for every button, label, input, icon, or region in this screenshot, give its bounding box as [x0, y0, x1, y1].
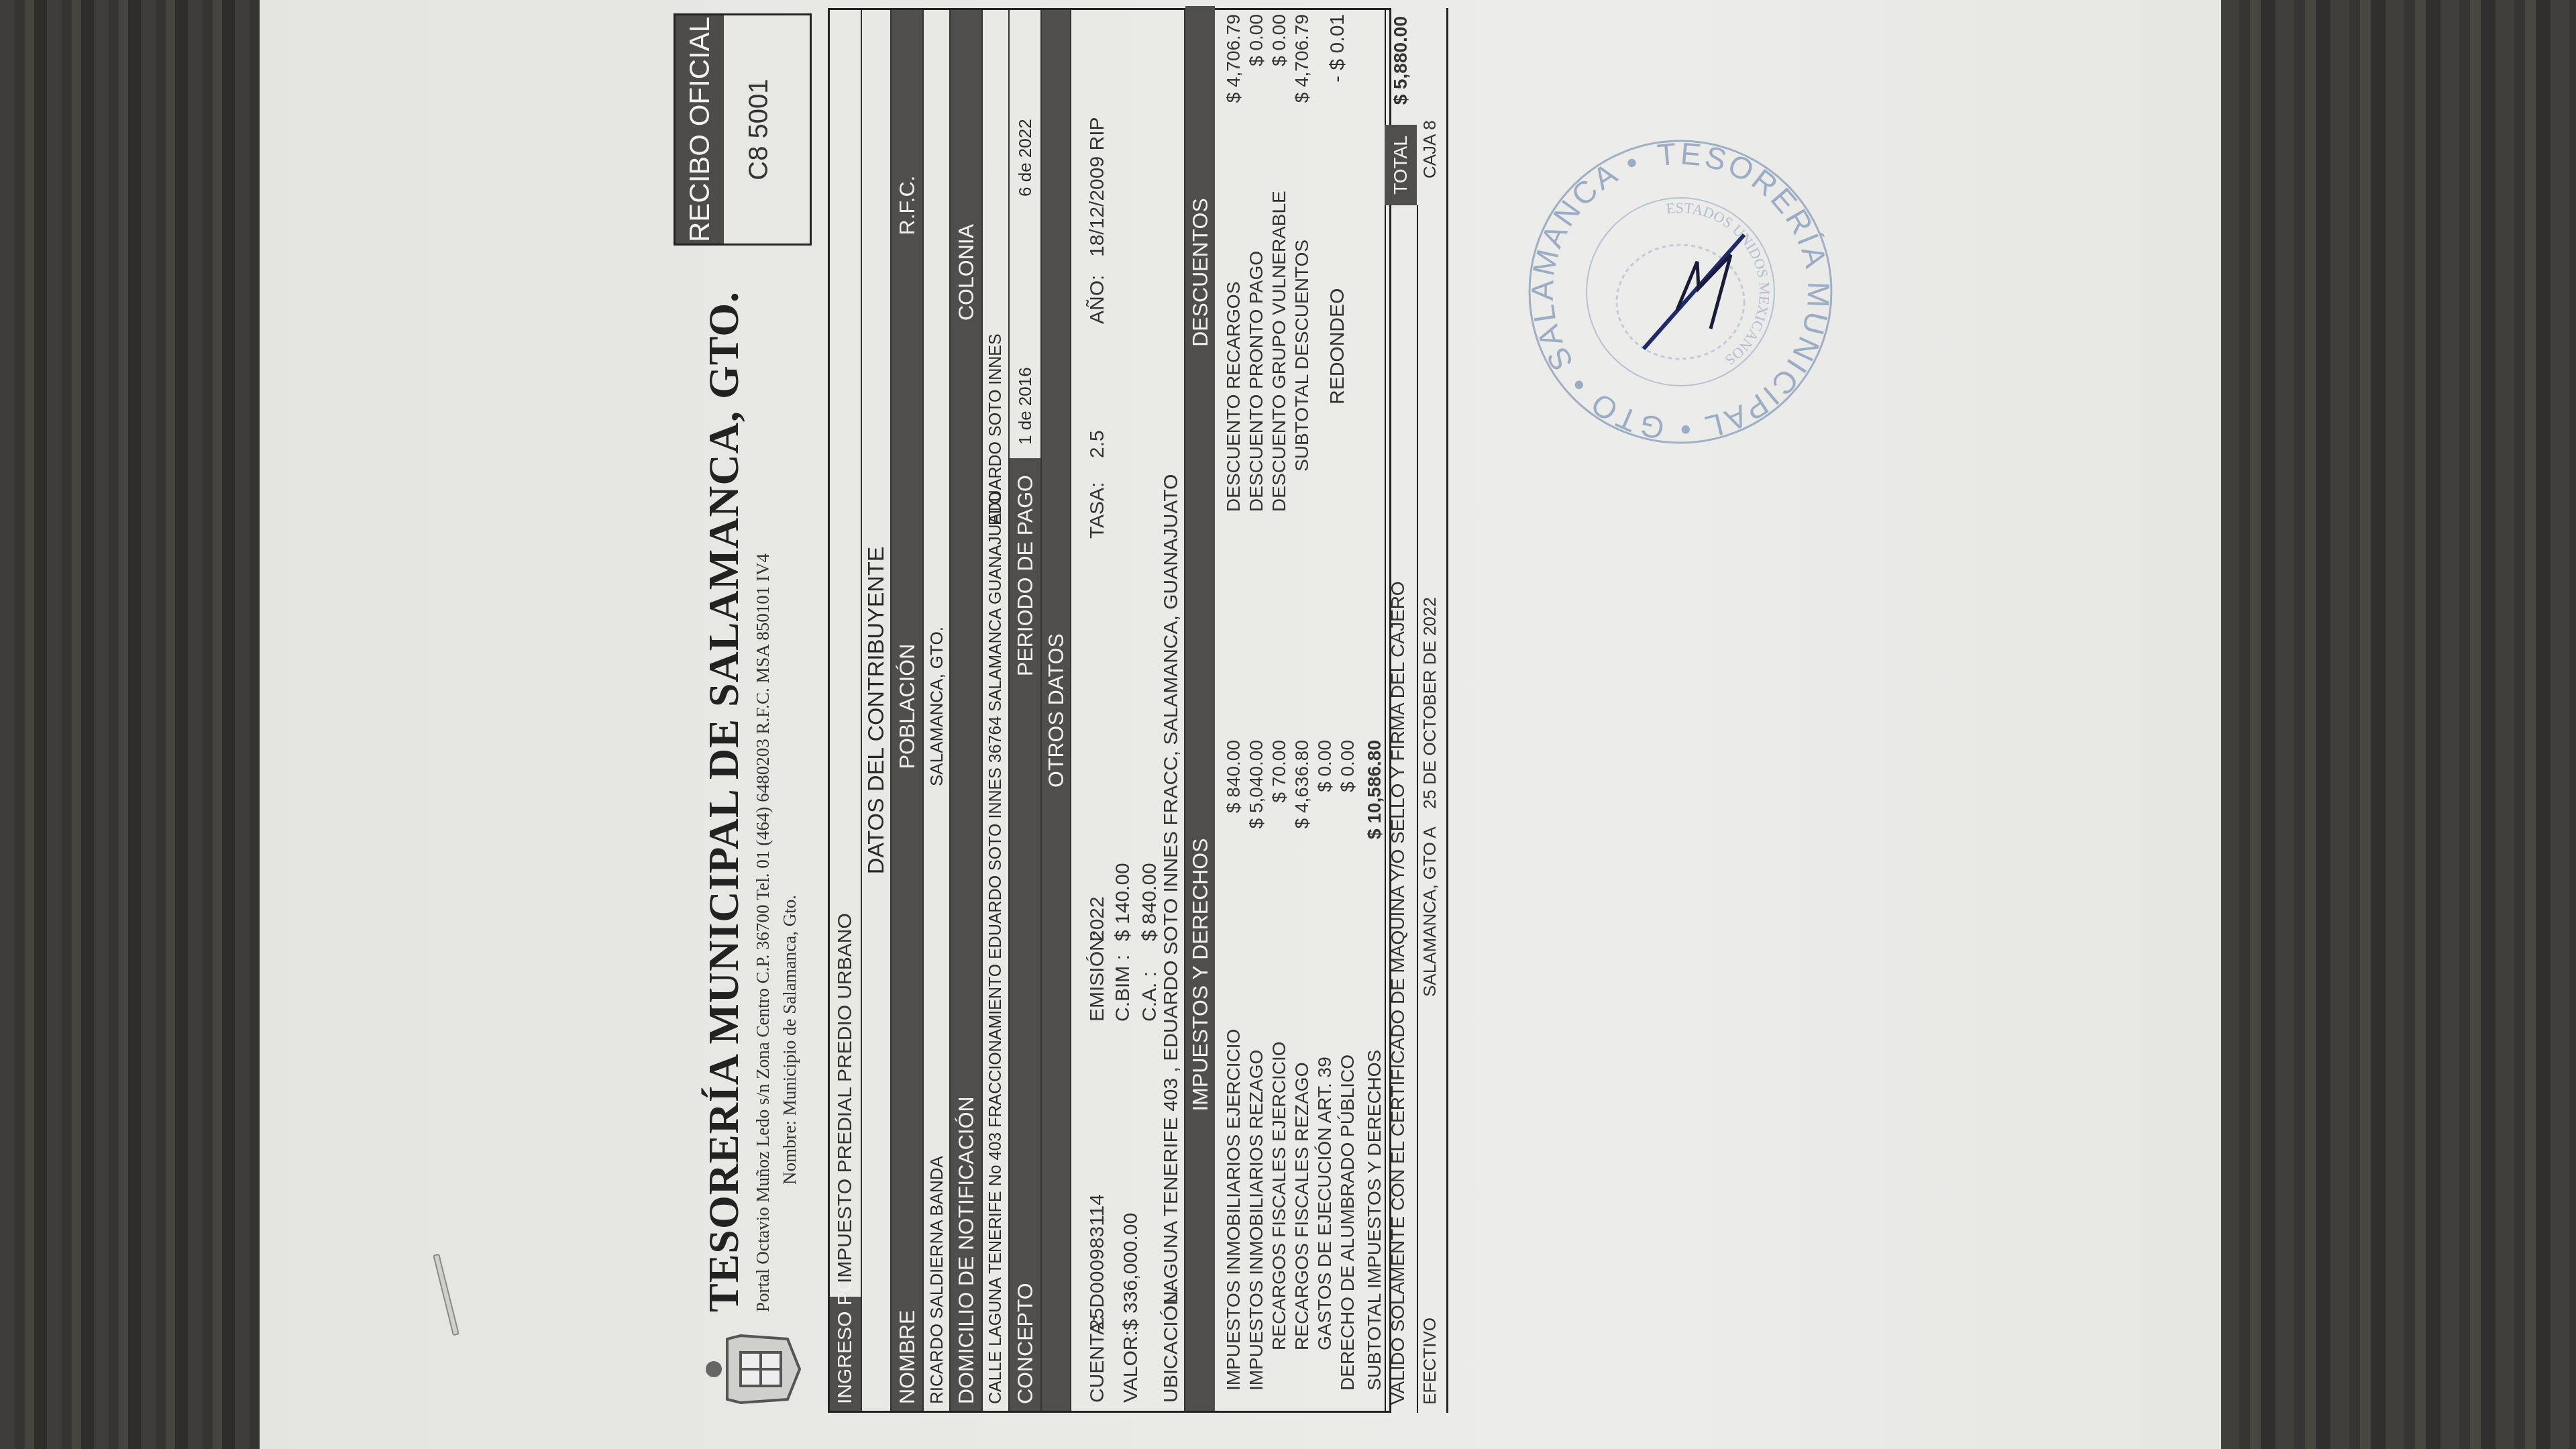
wood-background-right	[2220, 0, 2576, 1449]
anio-label: AÑO:	[1086, 275, 1109, 324]
caja: CAJA 8	[1419, 120, 1440, 178]
payment-method: EFECTIVO	[1419, 1318, 1440, 1405]
otros-datos-section: CUENTA: 25D000983114 EMISIÓN: 2022 TASA:…	[1071, 10, 1185, 1411]
descuento-amount: $ 4,706.79	[1291, 14, 1313, 103]
descuento-label: SUBTOTAL DESCUENTOS	[1291, 239, 1313, 472]
domicilio-value: CALLE LAGUNA TENERIFE No 403 FRACCIONAMI…	[983, 532, 1008, 1411]
impuesto-label: DERECHO DE ALUMBRADO PÚBLICO	[1337, 1055, 1358, 1391]
otros-datos-title: OTROS DATOS	[1042, 10, 1070, 1411]
signature-stroke	[1644, 235, 1744, 349]
impuesto-label: IMPUESTOS INMOBILIARIOS REZAGO	[1246, 1050, 1267, 1391]
place: SALAMANCA, GTO A	[1419, 826, 1440, 997]
treasury-address: Portal Octavio Muñoz Ledo s/n Zona Centr…	[753, 553, 773, 1312]
receipt-footer: VALIDO SOLAMENTE CON EL CERTIFICADO DE M…	[1385, 8, 1465, 1413]
domicilio-label: DOMICILIO DE NOTIFICACIÓN	[951, 539, 981, 1411]
official-receipt-box: RECIBO OFICIAL C8 5001	[674, 13, 812, 246]
otros-datos-row: OTROS DATOS	[1042, 10, 1071, 1411]
colonia-label: COLONIA	[951, 6, 981, 539]
emision-value: 2022	[1086, 896, 1109, 941]
rfc-label: R.F.C.	[892, 6, 922, 405]
descuentos-title: DESCUENTOS	[1185, 6, 1215, 539]
impuesto-label: RECARGOS FISCALES REZAGO	[1291, 1063, 1313, 1350]
periodo-desde: 1 de 2016	[1010, 250, 1040, 451]
tasa-value: 2.5	[1086, 430, 1109, 458]
impuestos-title: IMPUESTOS Y DERECHOS	[1185, 539, 1215, 1411]
nombre-value: RICARDO SALDIERNA BANDA	[924, 1008, 949, 1411]
periodo-label: PERIODO DE PAGO	[1010, 458, 1040, 693]
colonia-value: EDUARDO SOTO INNES	[983, 129, 1008, 532]
impuesto-label: IMPUESTOS INMOBILIARIOS EJERCICIO	[1223, 1029, 1244, 1391]
svg-text:TESORERÍA MUNICIPAL • GTO • SA: TESORERÍA MUNICIPAL • GTO • SALAMANCA •	[1523, 134, 1838, 449]
receipt-label: RECIBO OFICIAL	[676, 15, 724, 244]
descuento-amount: $ 4,706.79	[1223, 14, 1244, 103]
impuesto-label: RECARGOS FISCALES EJERCICIO	[1269, 1041, 1290, 1350]
cbim-value: $ 140.00	[1112, 863, 1134, 941]
contribuyente-title-row: DATOS DEL CONTRIBUYENTE	[862, 10, 892, 1411]
anio-value: 18/12/2009 RIP	[1086, 117, 1109, 258]
impuesto-amount: $ 0.00	[1337, 740, 1358, 941]
receipt-table: INGRESO POR IMPUESTO PREDIAL PREDIO URBA…	[828, 8, 1391, 1413]
periodo-hasta: 6 de 2022	[1010, 15, 1040, 203]
valor-value: $ 336,000.00	[1120, 1213, 1142, 1330]
payment-date: 25 DE OCTOBER DE 2022	[1419, 597, 1440, 809]
total-value: $ 5,880.00	[1390, 16, 1411, 105]
impuesto-amount: $ 10,586.80	[1364, 740, 1385, 941]
ca-label: C.A. :	[1138, 971, 1161, 1022]
poblacion-label: POBLACIÓN	[892, 405, 922, 1008]
receipt-number: C8 5001	[744, 15, 774, 244]
emision-label: EMISIÓN:	[1086, 931, 1109, 1022]
impuesto-label: SUBTOTAL IMPUESTOS Y DERECHOS	[1364, 1050, 1385, 1391]
municipal-coat-of-arms-icon	[700, 1326, 801, 1413]
descuento-label: DESCUENTO RECARGOS	[1223, 282, 1244, 512]
validity-note: VALIDO SOLAMENTE CON EL CERTIFICADO DE M…	[1387, 581, 1409, 1405]
domicilio-values-row: CALLE LAGUNA TENERIFE No 403 FRACCIONAMI…	[983, 10, 1010, 1411]
stamp-outer-text: TESORERÍA MUNICIPAL • GTO • SALAMANCA •	[1523, 134, 1838, 449]
ingreso-row: INGRESO POR IMPUESTO PREDIAL PREDIO URBA…	[830, 10, 862, 1411]
valor-label: VALOR:	[1120, 1330, 1142, 1403]
rfc-value	[924, 6, 949, 405]
impuesto-amount: $ 70.00	[1269, 740, 1290, 941]
descuento-label: DESCUENTO PRONTO PAGO	[1246, 251, 1267, 512]
impuesto-amount: $ 4,636.80	[1291, 740, 1313, 941]
ingreso-label: INGRESO POR	[830, 1297, 861, 1411]
cuenta-value: 25D000983114	[1086, 1194, 1109, 1330]
impuesto-amount: $ 840.00	[1223, 740, 1244, 941]
receipt-header: TESORERÍA MUNICIPAL DE SALAMANCA, GTO. P…	[674, 8, 828, 1413]
redondeo-value: - $ 0.01	[1326, 14, 1349, 83]
contribuyente-values-row: RICARDO SALDIERNA BANDA SALAMANCA, GTO.	[924, 10, 951, 1411]
receipt: TESORERÍA MUNICIPAL DE SALAMANCA, GTO. P…	[674, 8, 1391, 1413]
ca-value: $ 840.00	[1138, 863, 1161, 941]
descuento-amount: $ 0.00	[1269, 14, 1290, 66]
impuesto-amount: $ 5,040.00	[1246, 740, 1267, 941]
descuento-label: DESCUENTO GRUPO VULNERABLE	[1269, 191, 1290, 512]
impuesto-label: GASTOS DE EJECUCIÓN ART. 39	[1314, 1057, 1336, 1350]
municipality-name: Nombre: Municipio de Salamanca, Gto.	[780, 895, 800, 1185]
contribuyente-header-row: NOMBRE POBLACIÓN R.F.C.	[892, 10, 924, 1411]
domicilio-header-row: DOMICILIO DE NOTIFICACIÓN COLONIA	[951, 10, 983, 1411]
ingreso-value: IMPUESTO PREDIAL PREDIO URBANO	[830, 686, 861, 1290]
poblacion-value: SALAMANCA, GTO.	[924, 405, 949, 1008]
official-stamp-icon: TESORERÍA MUNICIPAL • GTO • SALAMANCA • …	[1523, 134, 1838, 449]
impuesto-amount: $ 0.00	[1314, 740, 1336, 941]
descuento-amount: $ 0.00	[1246, 14, 1267, 66]
concepto-row: CONCEPTO PERIODO DE PAGO 1 de 2016 6 de …	[1010, 10, 1042, 1411]
ubicacion-value: LAGUNA TENERIFE 403 , EDUARDO SOTO INNES…	[1160, 474, 1183, 1303]
tasa-label: TASA:	[1086, 482, 1109, 539]
nombre-label: NOMBRE	[892, 1008, 922, 1411]
redondeo-label: REDONDEO	[1326, 288, 1349, 405]
treasury-title: TESORERÍA MUNICIPAL DE SALAMANCA, GTO.	[699, 291, 749, 1312]
wood-background-left	[0, 0, 262, 1449]
contribuyente-title: DATOS DEL CONTRIBUYENTE	[862, 10, 890, 1411]
total-label: TOTAL	[1385, 125, 1417, 205]
descuentos-section: DESCUENTOS DESCUENTO RECARGOS$ 4,706.79D…	[1185, 6, 1393, 539]
cbim-label: C.BIM :	[1112, 955, 1134, 1022]
